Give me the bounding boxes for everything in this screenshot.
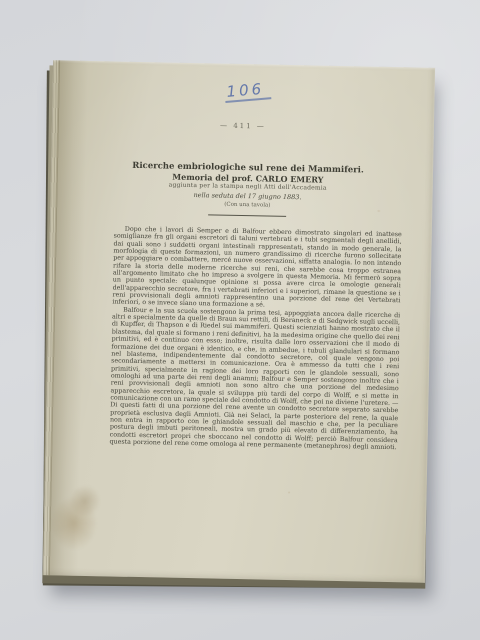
handwritten-number: 106 (224, 80, 271, 102)
pamphlet: 106 — 411 — Ricerche embriologiche sul r… (43, 60, 435, 583)
title-page: 106 — 411 — Ricerche embriologiche sul r… (43, 60, 435, 583)
body-paragraph: Balfour e la sua scuola sostengono la pr… (109, 306, 400, 451)
article-body: Dopo che i lavori di Semper e di Balfour… (109, 225, 401, 451)
damp-stain (45, 473, 117, 564)
photo-backdrop: 106 — 411 — Ricerche embriologiche sul r… (0, 0, 480, 640)
title-block: Ricerche embriologiche sul rene dei Mamm… (90, 160, 405, 219)
body-paragraph: Dopo che i lavori di Semper e di Balfour… (112, 225, 402, 312)
